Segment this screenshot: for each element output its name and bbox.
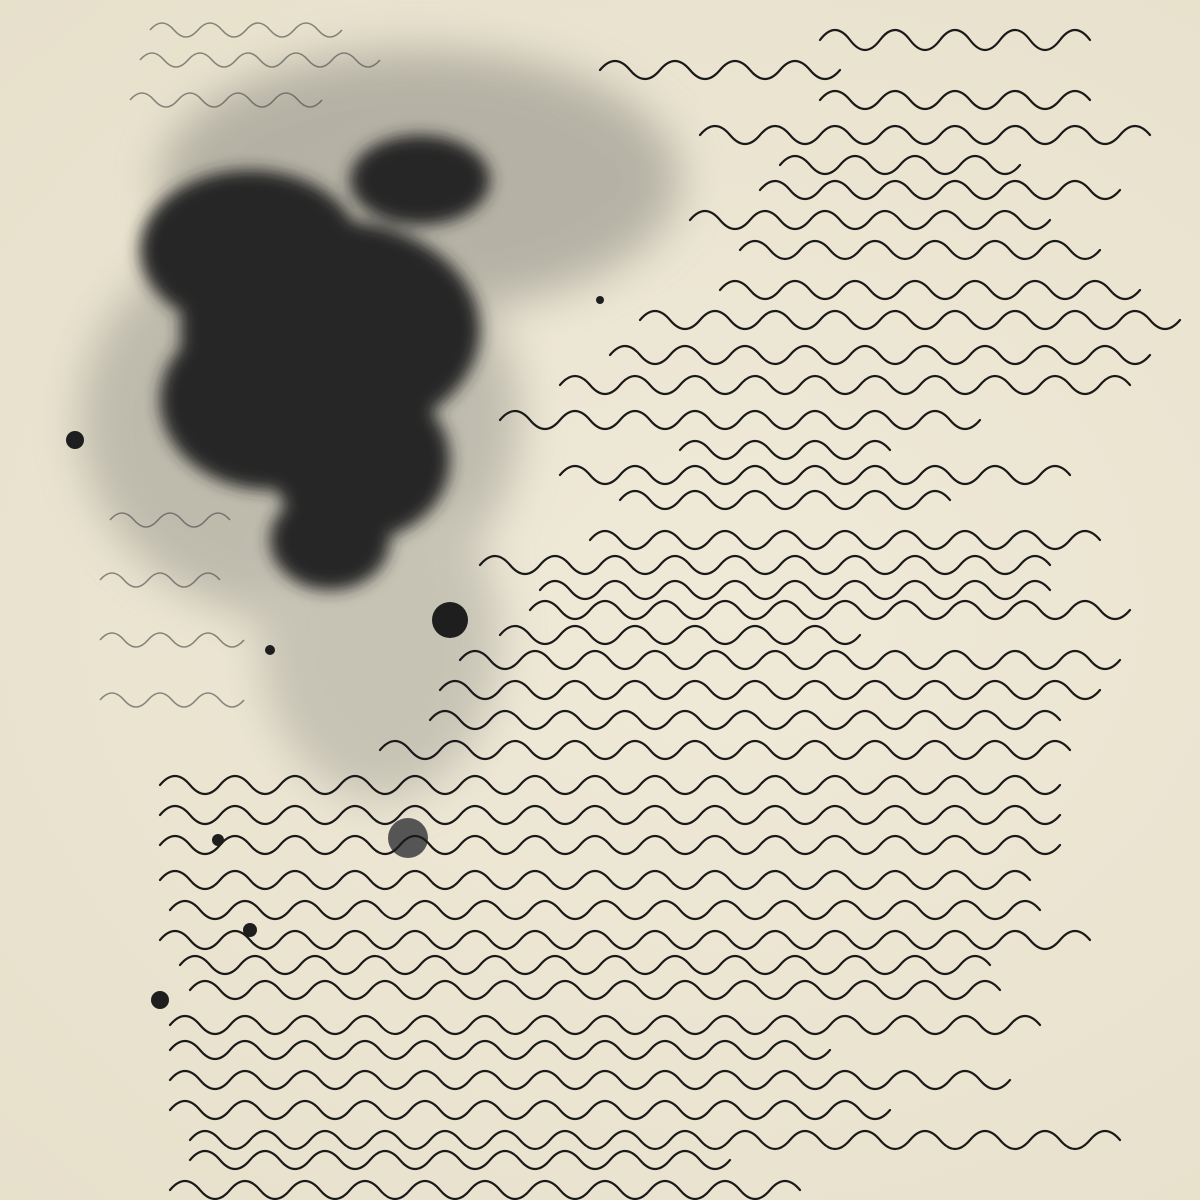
- manuscript-page: Handwritten manuscript page in illegible…: [0, 0, 1200, 1200]
- ink-artwork: [0, 0, 1200, 1200]
